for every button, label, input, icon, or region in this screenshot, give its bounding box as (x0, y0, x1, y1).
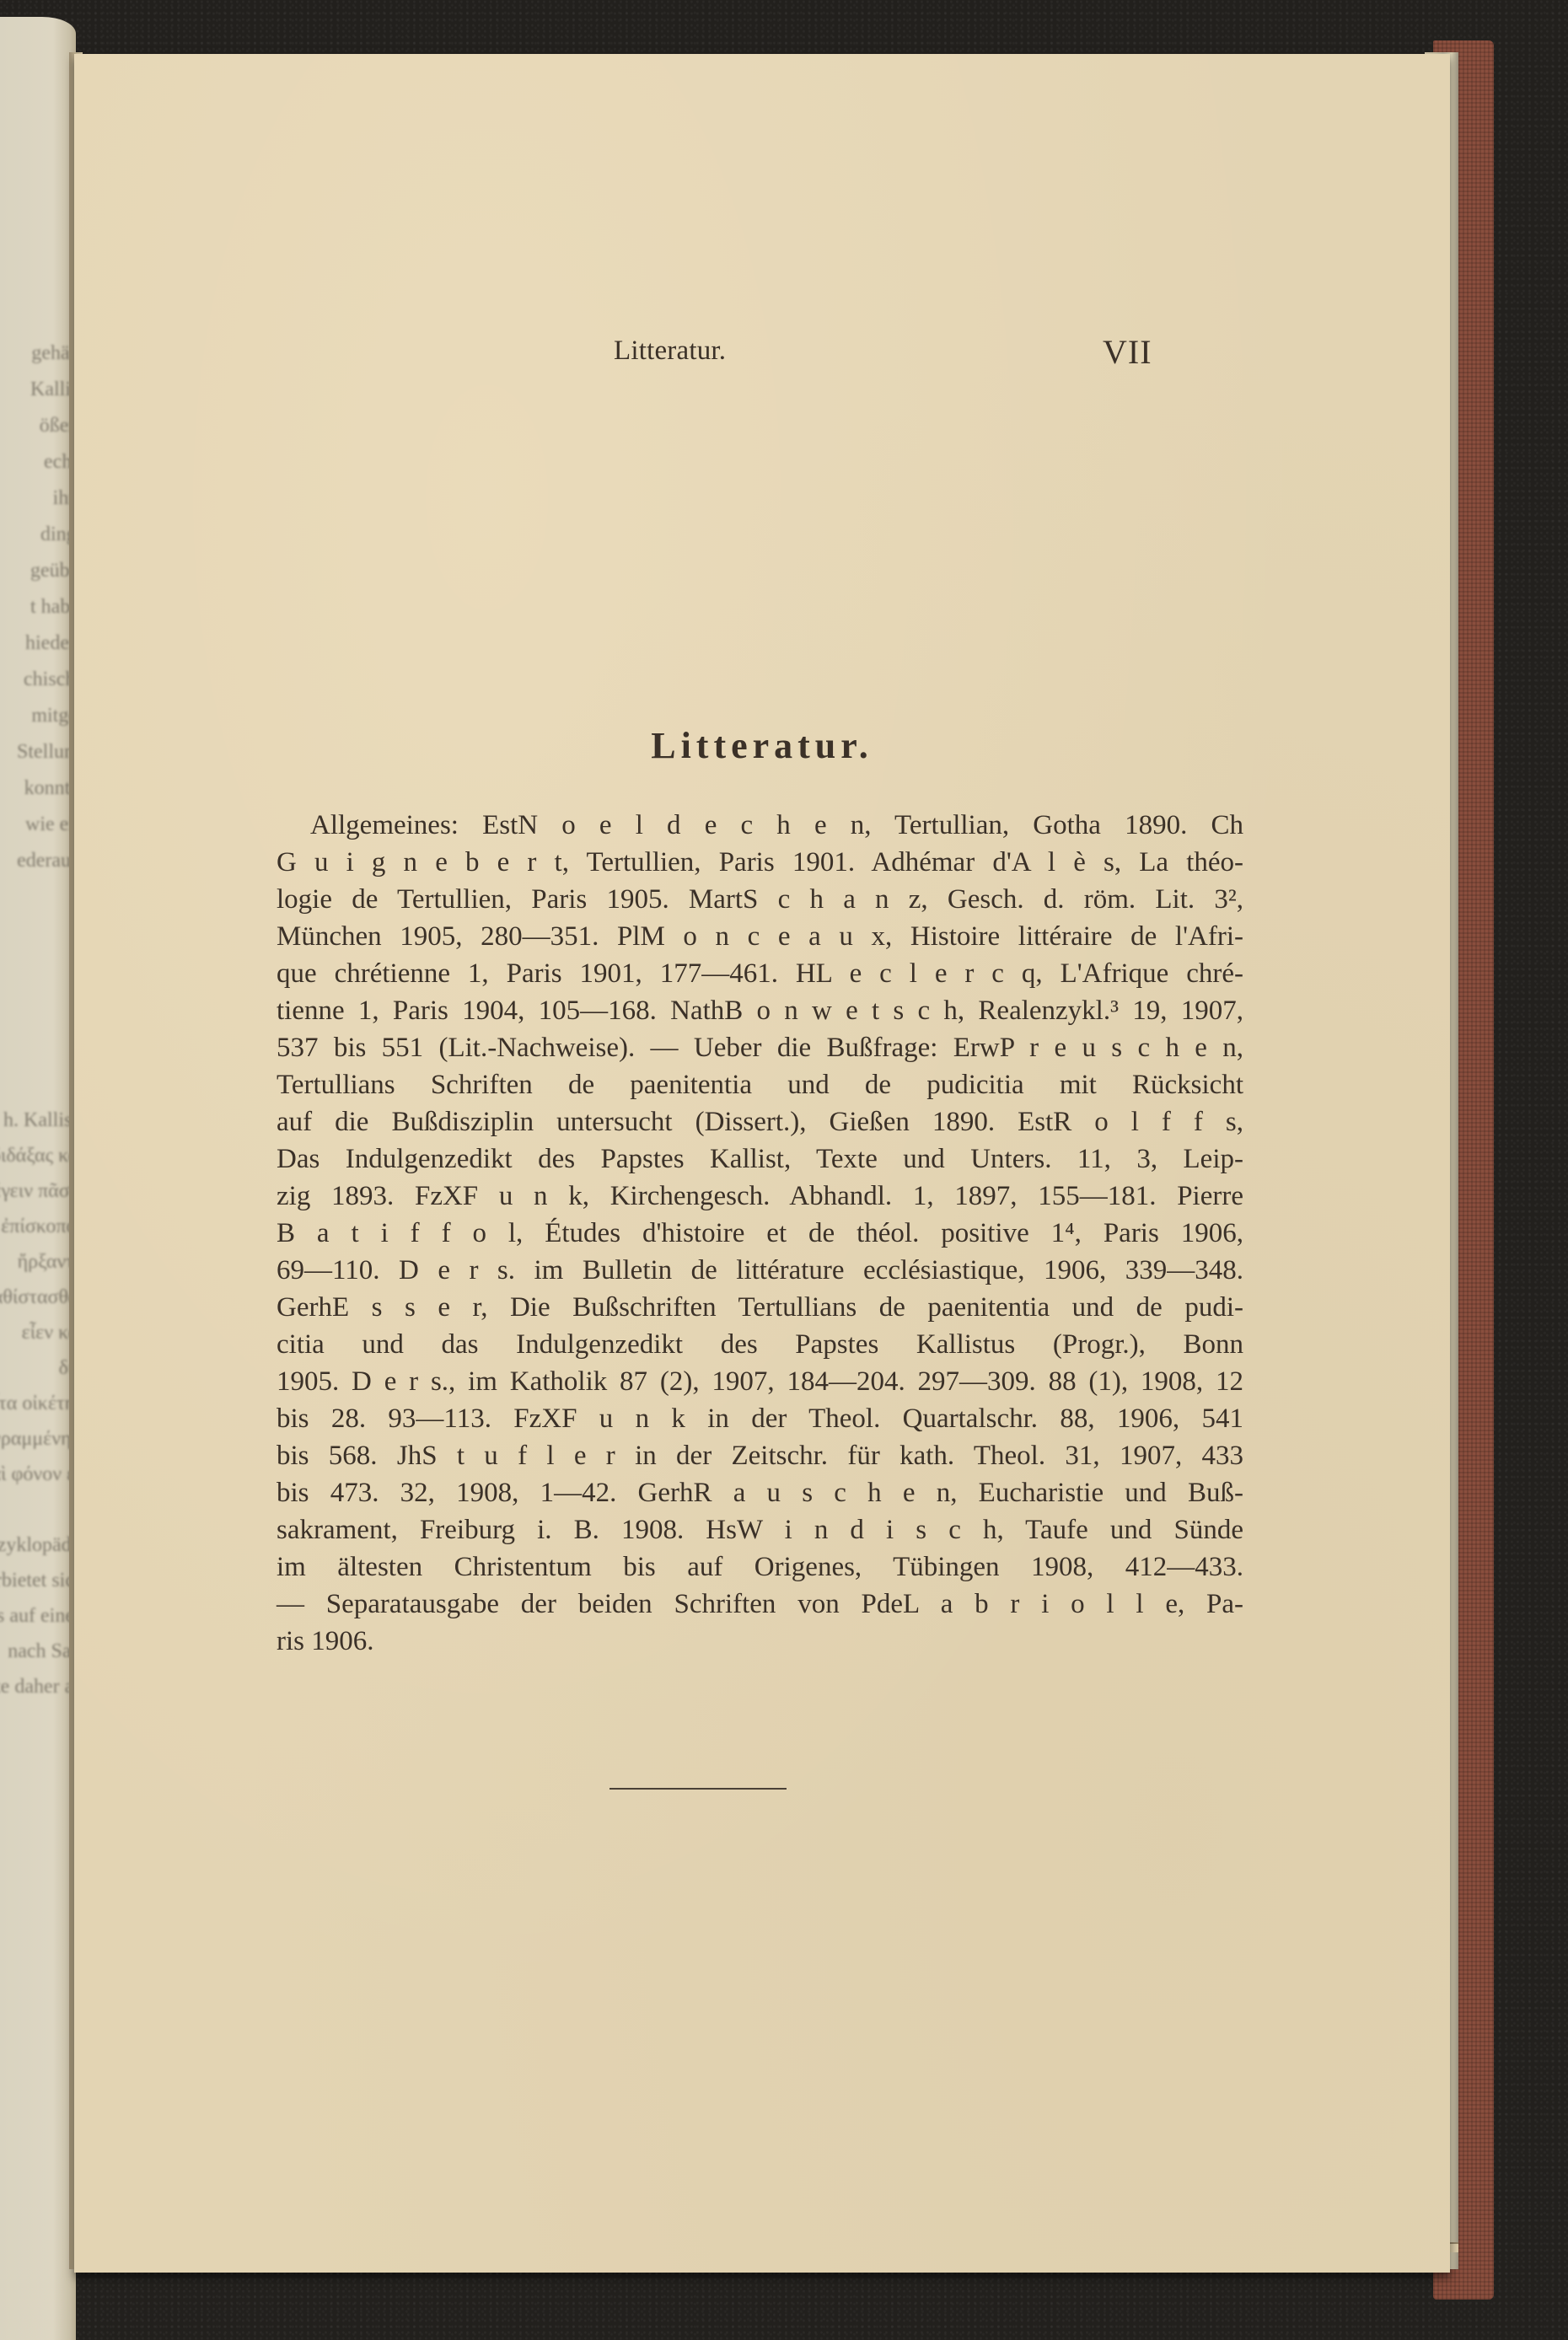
text-line: Tertullians Schriften de paenitentia und… (277, 1066, 1243, 1103)
facing-fragment: Enzyklopädie³ (0, 1527, 76, 1563)
facing-fragment: εἶτα οἰκέτην (0, 1386, 76, 1421)
facing-page-text-lower: h. Kallist) διδάξας καὶ λέγειν πᾶσιν ἐπί… (0, 1103, 76, 1704)
facing-page-text-upper: gehäs- Kallist ößere echt- ihm dings geü… (0, 335, 76, 879)
facing-fragment: ößere (0, 408, 76, 444)
text-line: GerhE s s e r, Die Bußschriften Tertulli… (277, 1289, 1243, 1326)
facing-fragment: verbietet sich (0, 1563, 76, 1598)
facing-fragment: ἐπίσκοπος (0, 1209, 76, 1244)
facing-fragment: διὰ (0, 1350, 76, 1386)
running-head-title: Litteratur. (614, 335, 726, 367)
facing-fragment: dings (0, 517, 76, 553)
facing-fragment: εἶεν καὶ (0, 1315, 76, 1350)
section-title: Litteratur. (74, 724, 1450, 767)
text-line: Allgemeines: EstN o e l d e c h e n, Ter… (277, 807, 1243, 844)
text-line: bis 473. 32, 1908, 1—42. GerhR a u s c h… (277, 1474, 1243, 1511)
facing-fragment: καθίστασθαι (0, 1280, 76, 1315)
facing-fragment: nach Sar- (0, 1634, 76, 1669)
facing-fragment: das auf einen (0, 1598, 76, 1634)
facing-fragment: geübte (0, 553, 76, 589)
running-head: Litteratur. VII (74, 282, 1450, 332)
facing-fragment: λέγειν πᾶσιν (0, 1173, 76, 1209)
text-line: 537 bis 551 (Lit.-Nachweise). — Ueber di… (277, 1029, 1243, 1066)
text-line: auf die Bußdisziplin untersucht (Dissert… (277, 1103, 1243, 1140)
facing-fragment: konnte, (0, 770, 76, 807)
facing-fragment: ἤρξαντο (0, 1244, 76, 1280)
text-line: München 1905, 280—351. PlM o n c e a u x… (277, 918, 1243, 955)
facing-fragment: chische (0, 662, 76, 698)
text-line: logie de Tertullien, Paris 1905. MartS c… (277, 881, 1243, 918)
text-line: 69—110. D e r s. im Bulletin de littérat… (277, 1252, 1243, 1289)
text-line: tienne 1, Paris 1904, 105—168. NathB o n… (277, 992, 1243, 1029)
facing-fragment: wie ein (0, 807, 76, 843)
text-line: Das Indulgenzedikt des Papstes Kallist, … (277, 1140, 1243, 1178)
facing-fragment: Kallist (0, 372, 76, 408)
facing-fragment: nnte daher als (0, 1669, 76, 1704)
text-line: bis 568. JhS t u f l e r in der Zeitschr… (277, 1437, 1243, 1474)
facing-fragment: ederauf- (0, 843, 76, 879)
text-line: que chrétienne 1, Paris 1901, 177—461. H… (277, 955, 1243, 992)
closing-rule (609, 1788, 787, 1790)
page-number: VII (1103, 332, 1152, 372)
facing-page: gehäs- Kallist ößere echt- ihm dings geü… (0, 17, 76, 2340)
facing-fragment: t habe, (0, 589, 76, 625)
facing-fragment: h. Kallist) (0, 1103, 76, 1138)
text-line: G u i g n e b e r t, Tertullien, Paris 1… (277, 844, 1243, 881)
text-line: B a t i f f o l, Études d'histoire et de… (277, 1215, 1243, 1252)
text-line: — Separatausgabe der beiden Schriften vo… (277, 1586, 1243, 1623)
text-line: im ältesten Christentum bis auf Origenes… (277, 1548, 1243, 1586)
facing-fragment: διδάξας καὶ (0, 1138, 76, 1173)
facing-fragment: καὶ φόνον ἐν (0, 1457, 76, 1492)
text-line: bis 28. 93—113. FzXF u n k in der Theol.… (277, 1400, 1243, 1437)
facing-fragment: echt- (0, 444, 76, 480)
bibliography-paragraph: Allgemeines: EstN o e l d e c h e n, Ter… (277, 807, 1243, 1660)
facing-fragment: γεγραμμένην. (0, 1421, 76, 1457)
facing-fragment: mitge- (0, 698, 76, 734)
text-line: citia und das Indulgenzedikt des Papstes… (277, 1326, 1243, 1363)
facing-fragment: ihm (0, 480, 76, 517)
text-line: ris 1906. (277, 1623, 1243, 1660)
book-page: Litteratur. VII Litteratur. Allgemeines:… (74, 54, 1450, 2273)
text-line: sakrament, Freiburg i. B. 1908. HsW i n … (277, 1511, 1243, 1548)
facing-fragment: hieden, (0, 625, 76, 662)
text-line: 1905. D e r s., im Katholik 87 (2), 1907… (277, 1363, 1243, 1400)
facing-fragment: gehäs- (0, 335, 76, 372)
facing-fragment: Stellung (0, 734, 76, 770)
text-line: zig 1893. FzXF u n k, Kirchengesch. Abha… (277, 1178, 1243, 1215)
